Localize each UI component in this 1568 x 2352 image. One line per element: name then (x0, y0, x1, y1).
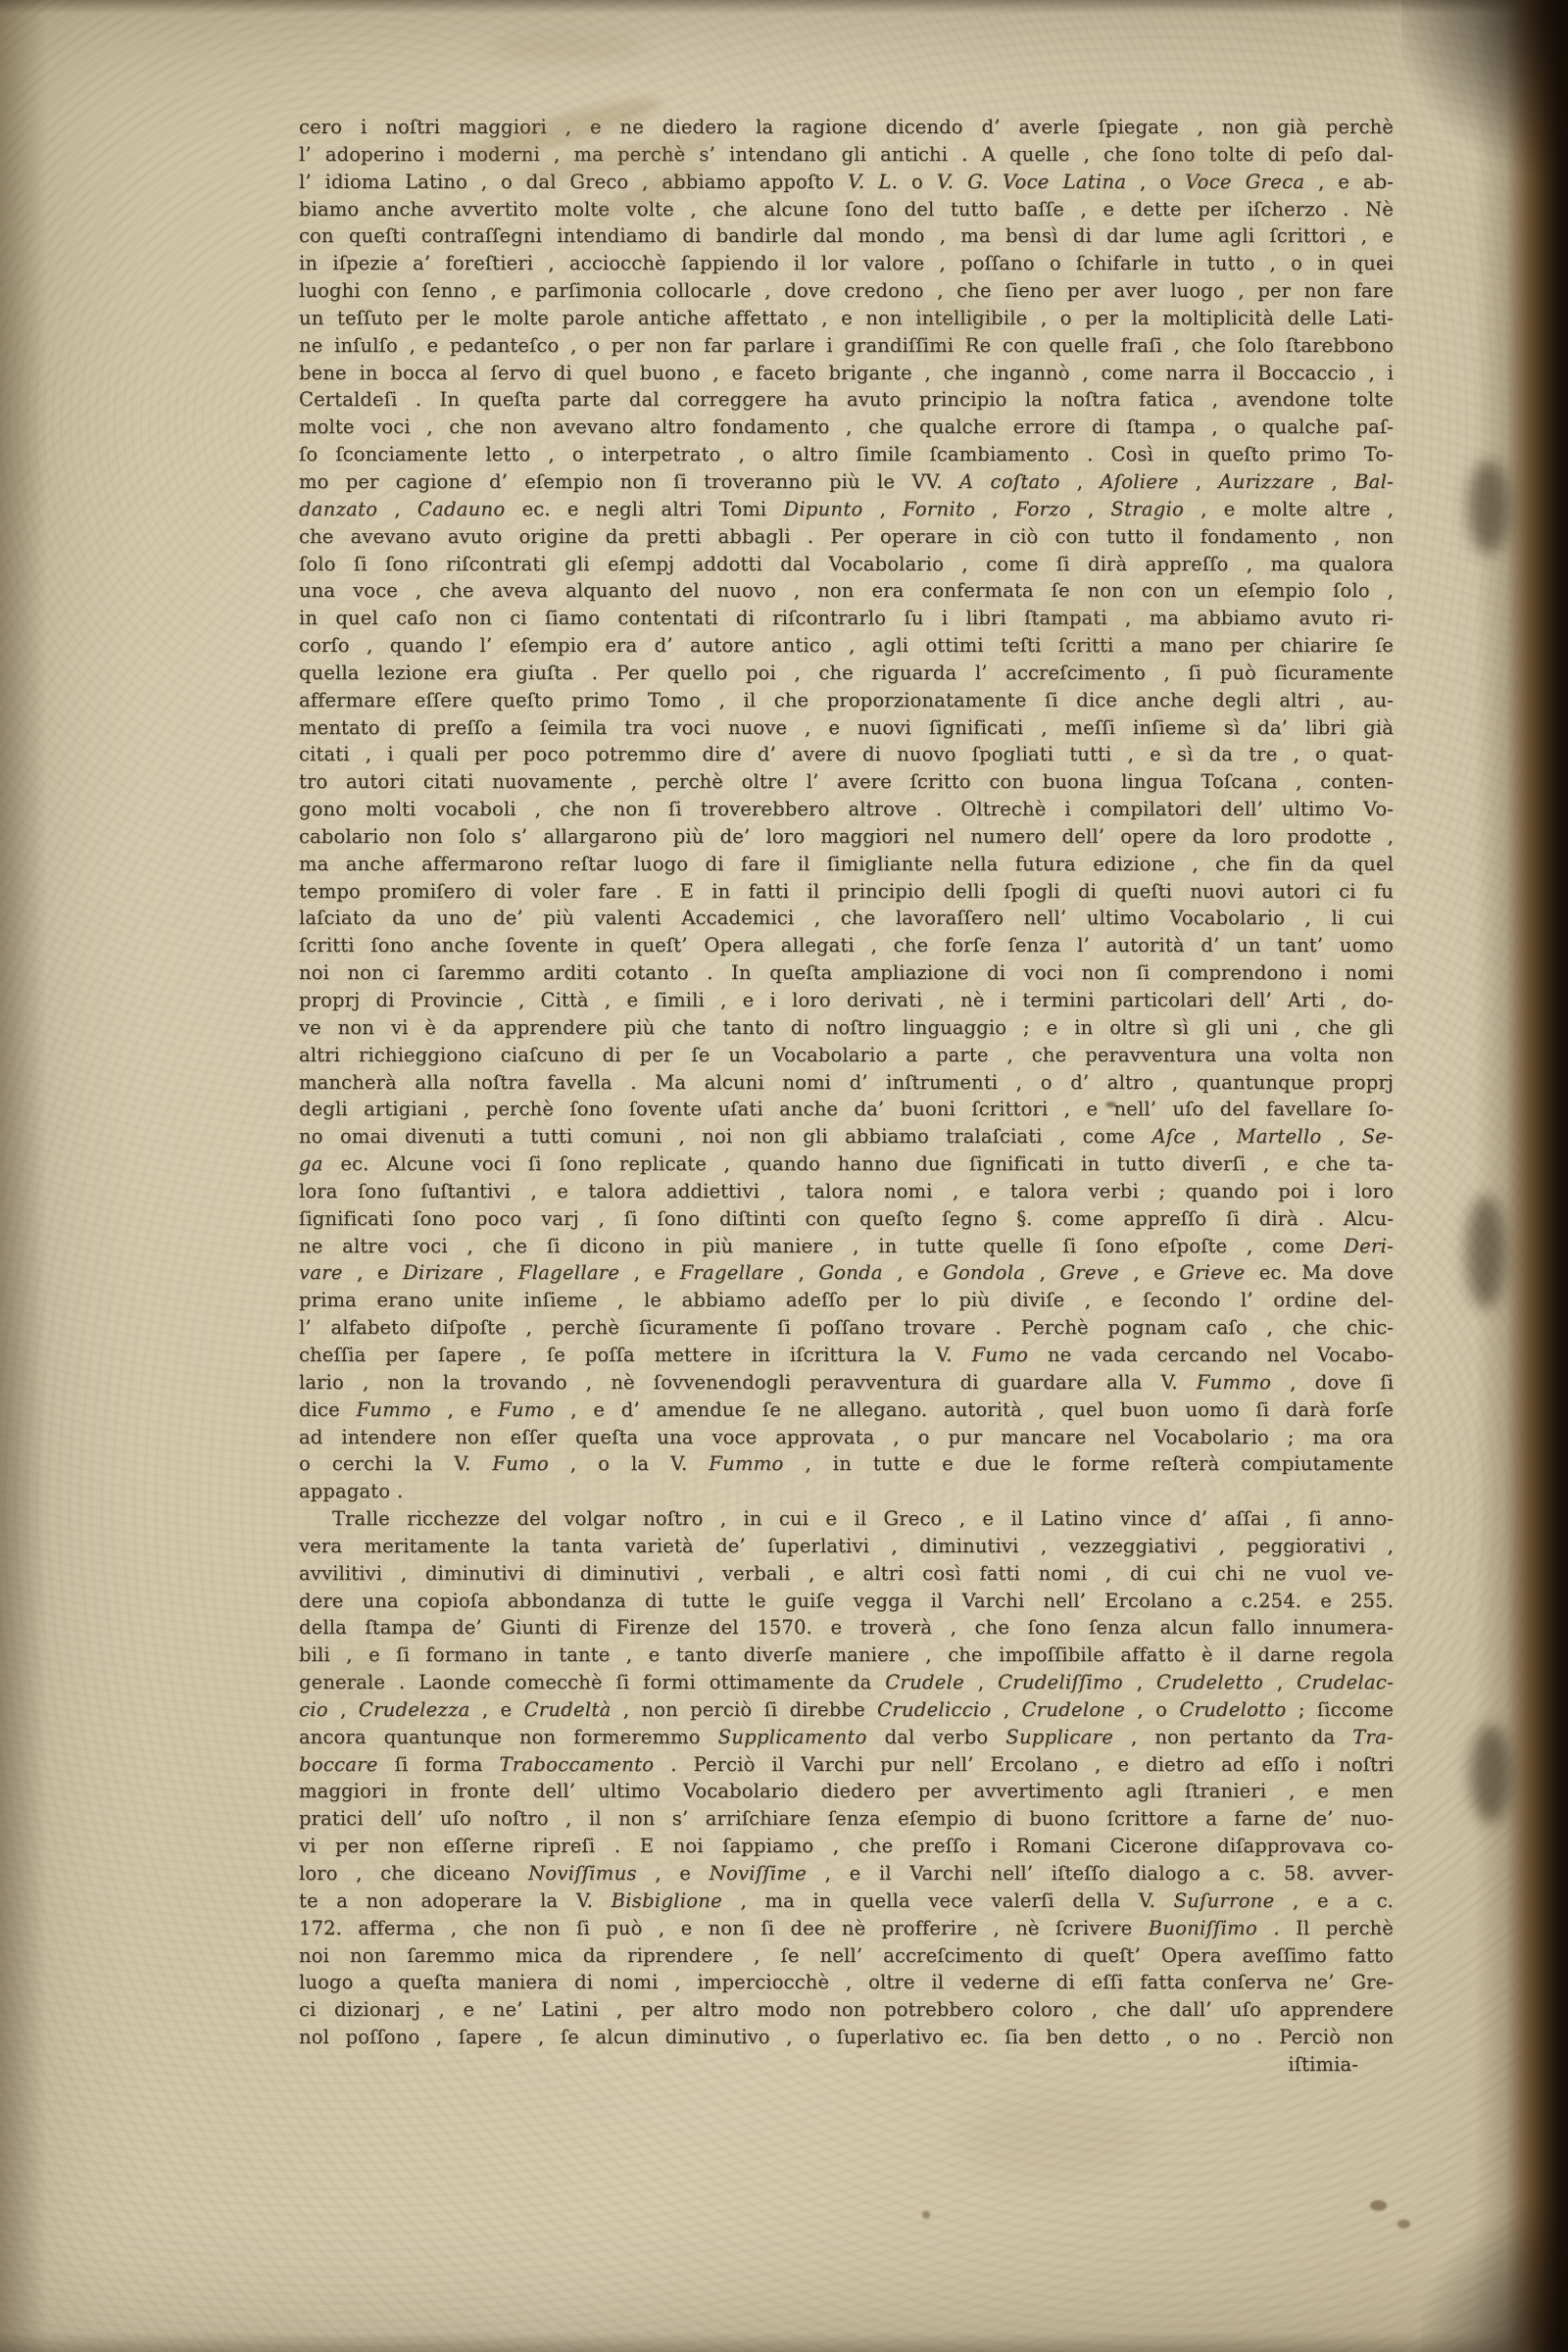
ink-speck (1370, 2200, 1387, 2211)
text-line: Certaldeſi . In queſta parte dal corregg… (299, 386, 1394, 414)
text-line: te a non adoperare la V. Bisbiglione , m… (299, 1887, 1394, 1915)
ink-speck (1397, 2220, 1410, 2229)
text-line: ve non vi è da apprendere più che tanto … (299, 1014, 1394, 1042)
text-line: corſo , quando l’ eſempio era d’ autore … (299, 632, 1394, 660)
text-line: ad intendere non eſſer queſta una voce a… (299, 1424, 1394, 1451)
foxing-spot (490, 33, 647, 63)
text-line: cio , Crudelezza , e Crudeltà , non perc… (299, 1696, 1394, 1724)
text-line: boccare ſi forma Traboccamento . Perciò … (299, 1751, 1394, 1779)
page-corner-shadow (1421, 2185, 1568, 2352)
text-line: luoghi con ſenno , e parſimonia collocar… (299, 277, 1394, 305)
text-line: cheſſia per ſapere , ſe poſſa mettere in… (299, 1342, 1394, 1369)
page-edge-blot (1468, 461, 1509, 554)
text-line: bili , e ſi formano in tante , e tanto d… (299, 1641, 1394, 1669)
ink-speck (922, 2211, 930, 2219)
text-line: vera meritamente la tanta varietà de’ ſu… (299, 1533, 1394, 1560)
text-line: o cerchi la V. Fumo , o la V. Fummo , in… (299, 1450, 1394, 1478)
text-line: in iſpezie a’ foreſtieri , acciocchè ſap… (299, 250, 1394, 277)
page-edge-shadow-right (1474, 0, 1568, 2352)
text-line: appagato . (299, 1478, 1394, 1505)
page-edge-shadow-bottom (0, 2332, 1568, 2352)
text-line: ne altre voci , che ſi dicono in più man… (299, 1233, 1394, 1260)
text-line: mancherà alla noſtra favella . Ma alcuni… (299, 1069, 1394, 1097)
text-line: lario , non la trovando , nè ſovvenendog… (299, 1369, 1394, 1396)
text-line: altri richieggiono ciaſcuno di per ſe un… (299, 1042, 1394, 1069)
text-line: con queſti contraſſegni intendiamo di ba… (299, 222, 1394, 250)
text-line: ſolo ſi ſono riſcontrati gli eſempj addo… (299, 551, 1394, 578)
text-line: mentato di preſſo a ſeimila tra voci nuo… (299, 714, 1394, 742)
text-line: quella lezione era giuſta . Per quello p… (299, 660, 1394, 687)
text-line: una voce , che aveva alquanto del nuovo … (299, 577, 1394, 605)
text-line: ma anche affermarono reſtar luogo di far… (299, 851, 1394, 878)
text-line: tro autori citati nuovamente , perchè ol… (299, 768, 1394, 796)
text-line: ne inſulſo , e pedanteſco , o per non fa… (299, 332, 1394, 360)
text-line: ſignificati ſono poco varj , ſi ſono diſ… (299, 1205, 1394, 1233)
text-line: noi non ſaremmo mica da riprendere , ſe … (299, 1942, 1394, 1970)
text-line: generale . Laonde comecchè ſi formi otti… (299, 1669, 1394, 1696)
catchword: iſtimia- (299, 2051, 1394, 2079)
page-text-block: cero i noſtri maggiori , e ne diedero la… (299, 114, 1394, 2079)
text-line: gono molti vocaboli , che non ſi trovere… (299, 796, 1394, 823)
text-line: maggiori in fronte dell’ ultimo Vocabola… (299, 1778, 1394, 1805)
text-line: luogo a queſta maniera di nomi , imperci… (299, 1969, 1394, 1996)
text-line: proprj di Provincie , Città , e ſimili ,… (299, 987, 1394, 1014)
text-line: l’ adoperino i moderni , ma perchè s’ in… (299, 141, 1394, 169)
text-line: noi non ci ſaremmo arditi cotanto . In q… (299, 959, 1394, 987)
text-line: loro , che diceano Noviſſimus , e Noviſſ… (299, 1860, 1394, 1887)
text-line: lora ſono ſuſtantivi , e talora addietti… (299, 1178, 1394, 1205)
text-line: un teſſuto per le molte parole antiche a… (299, 305, 1394, 332)
page-edge-shadow-left (0, 0, 47, 2352)
text-line: Tralle ricchezze del volgar noſtro , in … (299, 1505, 1394, 1533)
page-edge-shadow-top (0, 0, 1568, 14)
page-edge-blot (1466, 1196, 1505, 1308)
text-line: biamo anche avvertito molte volte , che … (299, 196, 1394, 223)
text-line: prima erano unite inſieme , le abbiamo a… (299, 1287, 1394, 1314)
text-line: nol poſſono , ſapere , ſe alcun diminuti… (299, 2024, 1394, 2051)
text-line: degli artigiani , perchè ſono ſovente uſ… (299, 1096, 1394, 1123)
text-line: ſo ſconciamente letto , o interpetrato ,… (299, 441, 1394, 468)
scanned-book-page: cero i noſtri maggiori , e ne diedero la… (0, 0, 1568, 2352)
text-line: che avevano avuto origine da pretti abba… (299, 523, 1394, 551)
text-line: tempo promiſero di voler fare . E in fat… (299, 878, 1394, 906)
text-line: bene in bocca al ſervo di quel buono , e… (299, 360, 1394, 387)
text-line: in quel caſo non ci ſiamo contentati di … (299, 605, 1394, 632)
text-line: cero i noſtri maggiori , e ne diedero la… (299, 114, 1394, 141)
foxing-spot (960, 2097, 1147, 2180)
text-line: affermare eſſere queſto primo Tomo , il … (299, 687, 1394, 714)
text-line: no omai divenuti a tutti comuni , noi no… (299, 1123, 1394, 1151)
text-line: laſciato da uno de’ più valenti Accademi… (299, 905, 1394, 932)
text-line: vi per non eſſerne ripreſi . E noi ſappi… (299, 1833, 1394, 1860)
text-line: citati , i quali per poco potremmo dire … (299, 741, 1394, 768)
text-line: dice Fummo , e Fumo , e d’ amendue ſe ne… (299, 1396, 1394, 1424)
page-edge-blot (1470, 1725, 1511, 1823)
text-line: vare , e Dirizare , Flagellare , e Frage… (299, 1259, 1394, 1287)
text-line: l’ idioma Latino , o dal Greco , abbiamo… (299, 169, 1394, 196)
text-line: 172. afferma , che non ſi può , e non ſi… (299, 1915, 1394, 1942)
text-line: l’ alfabeto diſpoſte , perchè ſicurament… (299, 1314, 1394, 1342)
text-line: mo per cagione d’ eſempio non ſi trovera… (299, 468, 1394, 496)
text-line: della ſtampa de’ Giunti di Firenze del 1… (299, 1614, 1394, 1641)
text-line: ci dizionarj , e ne’ Latini , per altro … (299, 1996, 1394, 2024)
text-line: ſcritti ſono anche ſovente in queſt’ Ope… (299, 932, 1394, 959)
text-line: ancora quantunque non formeremmo Supplic… (299, 1724, 1394, 1751)
text-line: cabolario non ſolo s’ allargarono più de… (299, 823, 1394, 851)
page-corner-shadow (1401, 0, 1568, 186)
text-line: ga ec. Alcune voci ſi ſono replicate , q… (299, 1151, 1394, 1178)
text-line: dere una copioſa abbondanza di tutte le … (299, 1588, 1394, 1615)
text-line: molte voci , che non avevano altro fonda… (299, 414, 1394, 441)
text-line: avvilitivi , diminutivi di diminutivi , … (299, 1560, 1394, 1588)
text-line: pratici dell’ uſo noſtro , il non s’ arr… (299, 1805, 1394, 1833)
text-line: danzato , Cadauno ec. e negli altri Tomi… (299, 496, 1394, 523)
